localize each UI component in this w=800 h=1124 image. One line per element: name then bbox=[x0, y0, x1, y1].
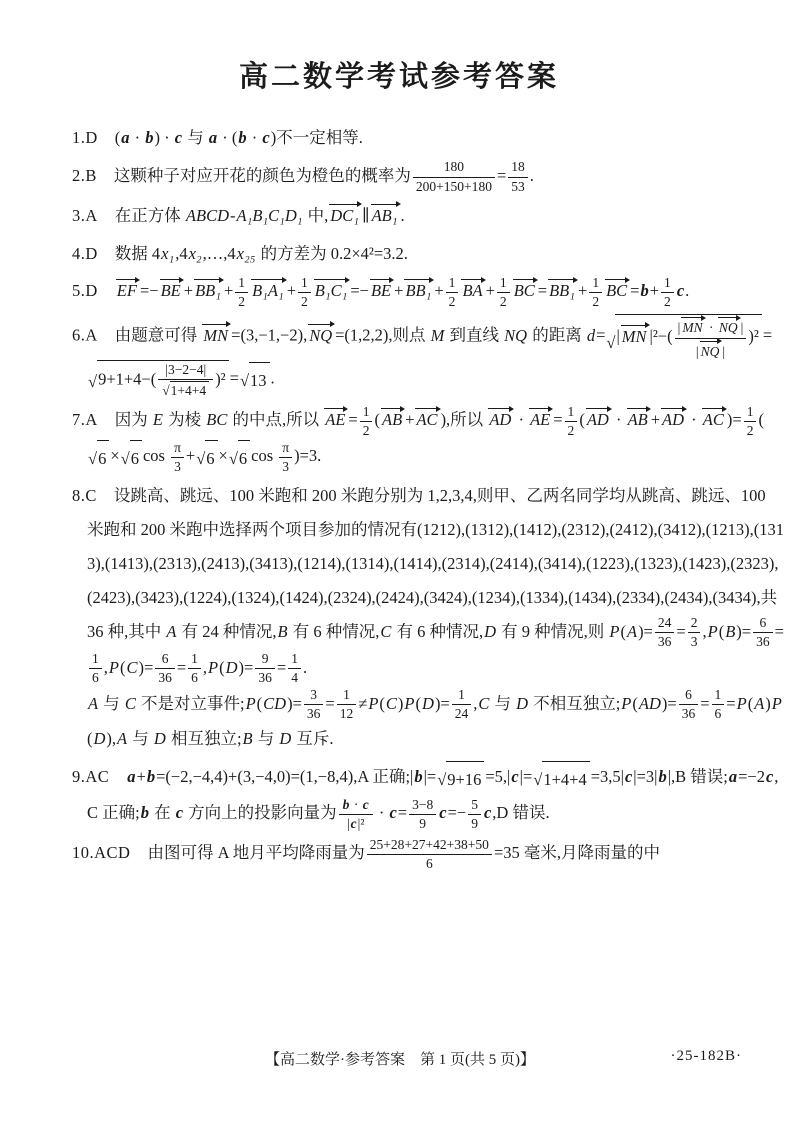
document-title: 高二数学考试参考答案 bbox=[72, 54, 726, 95]
item-first-paragraph: 2.B这颗种子对应开花的颜色为橙色的概率为180200+150+180=1853… bbox=[72, 159, 786, 195]
vector-with-arrow: BB₁ bbox=[547, 278, 578, 301]
math-variable: P bbox=[403, 694, 415, 713]
square-root: √9+16 bbox=[437, 761, 484, 797]
fraction-numerator: 1 bbox=[188, 651, 201, 669]
fraction-numerator: 1 bbox=[360, 404, 373, 422]
radicand: 6 bbox=[97, 440, 109, 476]
radical-sign-icon: √ bbox=[229, 442, 238, 476]
math-bold-vector: c bbox=[388, 803, 397, 822]
fraction-denominator: 2 bbox=[661, 293, 674, 310]
item-first-paragraph: 1.D(a · b) · c 与 a · (b · c)不一定相等. bbox=[72, 121, 786, 155]
fraction-numerator: b · c bbox=[339, 797, 373, 815]
radicand: 6 bbox=[130, 440, 142, 476]
fraction: 12 bbox=[744, 404, 757, 439]
radicand: 1+4+4 bbox=[542, 761, 589, 797]
math-bold-vector: b bbox=[639, 281, 649, 300]
math-variable: B bbox=[724, 622, 736, 641]
fraction: π3 bbox=[171, 440, 184, 475]
vector-with-arrow: NQ bbox=[699, 340, 723, 360]
math-bold-vector: c bbox=[438, 803, 447, 822]
vector-with-arrow: AB bbox=[626, 407, 651, 430]
math-bold-vector: c bbox=[362, 797, 370, 812]
fraction: 23 bbox=[688, 615, 701, 650]
fraction-denominator: √1+4+4 bbox=[158, 380, 213, 399]
math-variable: P bbox=[736, 694, 748, 713]
fraction-denominator: 2 bbox=[446, 293, 459, 310]
fraction-numerator: π bbox=[171, 440, 184, 458]
fraction: π3 bbox=[279, 440, 292, 475]
radical-sign-icon: √ bbox=[606, 326, 615, 360]
fraction-numerator: 1 bbox=[337, 687, 357, 705]
math-variable: A bbox=[87, 694, 99, 713]
fraction-numerator: 1 bbox=[712, 687, 725, 705]
item-first-paragraph: 9.ACa+b=(−2,−4,4)+(3,−4,0)=(1,−8,4),A 正确… bbox=[72, 760, 786, 832]
math-bold-vector: b bbox=[144, 128, 154, 147]
math-bold-vector: c bbox=[175, 803, 184, 822]
fraction: 180200+150+180 bbox=[413, 159, 495, 194]
item-first-paragraph: 10.ACD由图可得 A 地月平均降雨量为25+28+27+42+38+506=… bbox=[72, 836, 786, 872]
math-bold-vector: a bbox=[126, 767, 136, 786]
math-bold-vector: b bbox=[140, 803, 150, 822]
fraction-denominator: |NQ| bbox=[675, 339, 747, 360]
math-bold-vector: c bbox=[483, 803, 492, 822]
math-variable: P bbox=[108, 658, 120, 677]
math-variable: BC bbox=[205, 410, 228, 429]
math-variable: D bbox=[93, 729, 107, 748]
fraction-denominator: 3 bbox=[171, 458, 184, 475]
radicand: 6 bbox=[205, 440, 217, 476]
page-footer: 【高二数学·参考答案 第 1 页(共 5 页)】 ·25-182B· bbox=[0, 1048, 800, 1069]
radical-sign-icon: √ bbox=[437, 763, 446, 797]
item-first-paragraph: 3.A在正方体 ABCD-A₁B₁C₁D₁ 中,DC₁∥AB₁. bbox=[72, 199, 786, 233]
math-bold-vector: c bbox=[174, 128, 183, 147]
vector-with-arrow: B₁C₁ bbox=[313, 278, 351, 301]
fraction-numerator: 1 bbox=[744, 404, 757, 422]
math-variable: D bbox=[278, 729, 292, 748]
fraction: 12 bbox=[235, 275, 248, 310]
radicand: 9+16 bbox=[446, 761, 484, 797]
fraction: 636 bbox=[753, 615, 773, 650]
fraction-denominator: 2 bbox=[744, 422, 757, 439]
math-variable: A bbox=[753, 694, 765, 713]
fraction: 336 bbox=[304, 687, 324, 722]
fraction-denominator: 2 bbox=[589, 293, 602, 310]
fraction: 12 bbox=[661, 275, 674, 310]
vector-with-arrow: AE bbox=[528, 407, 553, 430]
fraction-numerator: 6 bbox=[753, 615, 773, 633]
fraction-denominator: 2 bbox=[235, 293, 248, 310]
square-root: √1+4+4 bbox=[162, 381, 209, 399]
item-number: 5.D bbox=[72, 281, 98, 300]
math-bold-vector: c bbox=[676, 281, 685, 300]
fraction-numerator: 2 bbox=[688, 615, 701, 633]
radicand: 13 bbox=[249, 362, 270, 398]
fraction: 2436 bbox=[655, 615, 675, 650]
math-variable: P bbox=[707, 622, 719, 641]
math-variable: P bbox=[207, 658, 219, 677]
answer-item: 7.A因为 E 为棱 BC 的中点,所以 AE=12(AB+AC),所以 AD … bbox=[72, 403, 786, 475]
math-bold-vector: c bbox=[261, 128, 270, 147]
item-paragraph: A 与 C 不是对立事件;P(CD)=336=112≠P(C)P(D)=124,… bbox=[72, 687, 786, 757]
fraction-denominator: 9 bbox=[468, 815, 481, 832]
math-variable: x₁ bbox=[160, 244, 175, 263]
fraction-numerator: 18 bbox=[508, 159, 528, 177]
answer-item: 5.DEF=−BE+BB₁+12B₁A₁+12B₁C₁=−BE+BB₁+12BA… bbox=[72, 274, 786, 310]
fraction-numerator: 1 bbox=[589, 275, 602, 293]
fraction-numerator: 180 bbox=[413, 159, 495, 177]
fraction-numerator: |MN · NQ| bbox=[675, 316, 747, 338]
fraction-denominator: 2 bbox=[360, 422, 373, 439]
vector-with-arrow: AC bbox=[414, 407, 440, 430]
fraction-numerator: 1 bbox=[446, 275, 459, 293]
fraction: 1853 bbox=[508, 159, 528, 194]
fraction: 12 bbox=[298, 275, 311, 310]
vector-with-arrow: EF bbox=[115, 278, 140, 301]
footer-page-label: 【高二数学·参考答案 第 1 页(共 5 页)】 bbox=[265, 1052, 535, 1068]
fraction-numerator: 5 bbox=[468, 797, 481, 815]
item-first-paragraph: 6.A由题意可得 MN=(3,−1,−2),NQ=(1,2,2),则点 M 到直… bbox=[72, 314, 786, 399]
fraction-numerator: 1 bbox=[565, 404, 578, 422]
fraction-denominator: 6 bbox=[712, 705, 725, 722]
math-variable: NQ bbox=[503, 326, 528, 345]
vector-with-arrow: BE bbox=[369, 278, 394, 301]
fraction-numerator: 1 bbox=[497, 275, 510, 293]
fraction-denominator: 6 bbox=[367, 855, 492, 872]
fraction-numerator: 6 bbox=[679, 687, 699, 705]
fraction-numerator: 1 bbox=[298, 275, 311, 293]
math-variable: A₁B₁C₁D₁ bbox=[236, 206, 304, 225]
vector-with-arrow: MN bbox=[680, 316, 705, 336]
fraction: |MN · NQ||NQ| bbox=[675, 316, 747, 359]
fraction-denominator: 2 bbox=[298, 293, 311, 310]
math-bold-vector: b bbox=[657, 767, 667, 786]
fraction-denominator: 12 bbox=[337, 705, 357, 722]
vector-with-arrow: AC bbox=[701, 407, 727, 430]
fraction: 59 bbox=[468, 797, 481, 832]
item-number: 2.B bbox=[72, 166, 97, 185]
vector-with-arrow: AD bbox=[487, 407, 514, 430]
vector-with-arrow: MN bbox=[201, 323, 231, 346]
answer-item: 6.A由题意可得 MN=(3,−1,−2),NQ=(1,2,2),则点 M 到直… bbox=[72, 314, 786, 399]
radical-sign-icon: √ bbox=[196, 442, 205, 476]
radical-sign-icon: √ bbox=[162, 383, 169, 399]
square-root: √13 bbox=[240, 362, 270, 398]
item-first-paragraph: 5.DEF=−BE+BB₁+12B₁A₁+12B₁C₁=−BE+BB₁+12BA… bbox=[72, 274, 786, 310]
vector-with-arrow: MN bbox=[620, 324, 650, 347]
math-variable: D bbox=[483, 622, 497, 641]
fraction: b · c|c|² bbox=[339, 797, 373, 832]
vector-with-arrow: DC₁ bbox=[328, 203, 362, 226]
answer-item: 1.D(a · b) · c 与 a · (b · c)不一定相等. bbox=[72, 121, 786, 155]
math-bold-vector: c bbox=[624, 767, 633, 786]
fraction: 12 bbox=[360, 404, 373, 439]
math-bold-vector: c bbox=[350, 816, 358, 831]
vector-with-arrow: AB₁ bbox=[370, 203, 401, 226]
fraction-denominator: 36 bbox=[155, 669, 175, 686]
square-root: √6 bbox=[88, 440, 109, 476]
radical-sign-icon: √ bbox=[88, 365, 97, 399]
vector-with-arrow: NQ bbox=[307, 323, 335, 346]
radical-sign-icon: √ bbox=[240, 364, 249, 398]
answer-item: 10.ACD由图可得 A 地月平均降雨量为25+28+27+42+38+506=… bbox=[72, 836, 786, 872]
fraction-numerator: 25+28+27+42+38+50 bbox=[367, 837, 492, 855]
math-variable: C bbox=[124, 694, 137, 713]
fraction: 14 bbox=[288, 651, 301, 686]
fraction: 936 bbox=[255, 651, 275, 686]
math-variable: C bbox=[477, 694, 490, 713]
item-number: 1.D bbox=[72, 128, 98, 147]
math-bold-vector: b bbox=[237, 128, 247, 147]
fraction: |3−2−4|√1+4+4 bbox=[158, 362, 213, 399]
radical-sign-icon: √ bbox=[88, 442, 97, 476]
square-root: √6 bbox=[121, 440, 142, 476]
fraction-denominator: 9 bbox=[409, 815, 436, 832]
math-variable: P bbox=[245, 694, 257, 713]
fraction-denominator: 24 bbox=[452, 705, 472, 722]
fraction-numerator: 3 bbox=[304, 687, 324, 705]
fraction-denominator: 6 bbox=[89, 669, 102, 686]
fraction-denominator: 53 bbox=[508, 178, 528, 195]
fraction-denominator: 2 bbox=[565, 422, 578, 439]
vector-with-arrow: AB bbox=[380, 407, 405, 430]
math-variable: E bbox=[152, 410, 164, 429]
fraction-denominator: 4 bbox=[288, 669, 301, 686]
math-bold-vector: c bbox=[510, 767, 519, 786]
answer-item: 3.A在正方体 ABCD-A₁B₁C₁D₁ 中,DC₁∥AB₁. bbox=[72, 199, 786, 233]
vector-with-arrow: BC bbox=[604, 278, 630, 301]
math-variable: D bbox=[153, 729, 167, 748]
vector-with-arrow: BB₁ bbox=[403, 278, 434, 301]
radical-sign-icon: √ bbox=[533, 763, 542, 797]
radical-sign-icon: √ bbox=[121, 442, 130, 476]
fraction-denominator: 3 bbox=[688, 633, 701, 650]
fraction-numerator: 3−8 bbox=[409, 797, 436, 815]
math-variable: C bbox=[385, 694, 398, 713]
math-bold-vector: b bbox=[146, 767, 156, 786]
fraction: 636 bbox=[679, 687, 699, 722]
fraction-denominator: 2 bbox=[497, 293, 510, 310]
vector-with-arrow: B₁A₁ bbox=[250, 278, 287, 301]
fraction-numerator: |3−2−4| bbox=[158, 362, 213, 380]
fraction-denominator: 36 bbox=[304, 705, 324, 722]
fraction-denominator: |c|² bbox=[339, 815, 373, 832]
math-variable: A bbox=[116, 729, 128, 748]
math-variable: C bbox=[125, 658, 138, 677]
vector-with-arrow: AD bbox=[660, 407, 687, 430]
fraction: 12 bbox=[589, 275, 602, 310]
vector-with-arrow: AD bbox=[585, 407, 612, 430]
math-bold-vector: b bbox=[413, 767, 423, 786]
fraction-numerator: 1 bbox=[288, 651, 301, 669]
item-number: 4.D bbox=[72, 244, 98, 263]
square-root: √|MN|²−(|MN · NQ||NQ|)² bbox=[606, 314, 761, 359]
math-variable: D bbox=[515, 694, 529, 713]
radicand: 6 bbox=[238, 440, 250, 476]
answer-item: 9.ACa+b=(−2,−4,4)+(3,−4,0)=(1,−8,4),A 正确… bbox=[72, 760, 786, 832]
fraction: 16 bbox=[89, 651, 102, 686]
vector-with-arrow: NQ bbox=[717, 316, 741, 336]
fraction-numerator: 1 bbox=[235, 275, 248, 293]
fraction: 124 bbox=[452, 687, 472, 722]
square-root: √6 bbox=[229, 440, 250, 476]
vector-with-arrow: AE bbox=[323, 407, 348, 430]
math-variable: P bbox=[367, 694, 379, 713]
math-variable: C bbox=[379, 622, 392, 641]
answer-item: 8.C设跳高、跳远、100 米跑和 200 米跑分别为 1,2,3,4,则甲、乙… bbox=[72, 479, 786, 756]
fraction: 16 bbox=[712, 687, 725, 722]
fraction-numerator: 24 bbox=[655, 615, 675, 633]
math-variable: P bbox=[608, 622, 620, 641]
fraction: 25+28+27+42+38+506 bbox=[367, 837, 492, 872]
math-bold-vector: b bbox=[342, 797, 351, 812]
math-variable: A bbox=[626, 622, 638, 641]
math-variable: M bbox=[430, 326, 446, 345]
fraction-denominator: 200+150+180 bbox=[413, 178, 495, 195]
fraction-denominator: 36 bbox=[255, 669, 275, 686]
answer-list: 1.D(a · b) · c 与 a · (b · c)不一定相等.2.B这颗种… bbox=[72, 121, 786, 872]
item-number: 9.AC bbox=[72, 767, 109, 786]
fraction-denominator: 6 bbox=[188, 669, 201, 686]
math-variable: B bbox=[276, 622, 288, 641]
vector-with-arrow: BE bbox=[159, 278, 184, 301]
math-variable: x₂ bbox=[188, 244, 203, 263]
answer-item: 2.B这颗种子对应开花的颜色为橙色的概率为180200+150+180=1853… bbox=[72, 159, 786, 195]
fraction-numerator: π bbox=[279, 440, 292, 458]
item-number: 10.ACD bbox=[72, 843, 130, 862]
item-first-paragraph: 8.C设跳高、跳远、100 米跑和 200 米跑分别为 1,2,3,4,则甲、乙… bbox=[72, 479, 786, 686]
math-variable: x₂₅ bbox=[236, 244, 257, 263]
fraction-denominator: 3 bbox=[279, 458, 292, 475]
math-variable: ABCD bbox=[185, 206, 230, 225]
item-number: 3.A bbox=[72, 206, 98, 225]
item-number: 8.C bbox=[72, 486, 97, 505]
math-bold-vector: a bbox=[120, 128, 130, 147]
fraction-numerator: 9 bbox=[255, 651, 275, 669]
vector-with-arrow: BA bbox=[460, 278, 485, 301]
vector-with-arrow: BB₁ bbox=[193, 278, 224, 301]
fraction-numerator: 6 bbox=[155, 651, 175, 669]
fraction-numerator: 1 bbox=[661, 275, 674, 293]
math-bold-vector: a bbox=[208, 128, 218, 147]
math-variable: B bbox=[242, 729, 254, 748]
item-number: 7.A bbox=[72, 410, 98, 429]
radicand: 1+4+4 bbox=[170, 381, 210, 399]
fraction: 3−89 bbox=[409, 797, 436, 832]
square-root: √9+1+4−(|3−2−4|√1+4+4)² bbox=[88, 360, 229, 399]
item-first-paragraph: 4.D数据 4x₁,4x₂,…,4x₂₅ 的方差为 0.2×4²=3.2. bbox=[72, 237, 786, 271]
page: 高二数学考试参考答案 1.D(a · b) · c 与 a · (b · c)不… bbox=[0, 0, 800, 1124]
math-variable: d bbox=[586, 326, 596, 345]
math-variable: D bbox=[421, 694, 435, 713]
fraction-denominator: 36 bbox=[679, 705, 699, 722]
math-variable: CD bbox=[262, 694, 287, 713]
math-variable: P bbox=[620, 694, 632, 713]
fraction-numerator: 1 bbox=[89, 651, 102, 669]
fraction: 112 bbox=[337, 687, 357, 722]
fraction-denominator: 36 bbox=[655, 633, 675, 650]
item-first-paragraph: 7.A因为 E 为棱 BC 的中点,所以 AE=12(AB+AC),所以 AD … bbox=[72, 403, 786, 475]
fraction: 16 bbox=[188, 651, 201, 686]
square-root: √1+4+4 bbox=[533, 761, 589, 797]
vector-with-arrow: BC bbox=[512, 278, 538, 301]
fraction: 636 bbox=[155, 651, 175, 686]
fraction-numerator: 1 bbox=[452, 687, 472, 705]
answer-item: 4.D数据 4x₁,4x₂,…,4x₂₅ 的方差为 0.2×4²=3.2. bbox=[72, 237, 786, 271]
radicand: 9+1+4−(|3−2−4|√1+4+4)² bbox=[97, 360, 229, 399]
fraction: 12 bbox=[497, 275, 510, 310]
math-bold-vector: a bbox=[728, 767, 738, 786]
math-variable: P bbox=[771, 694, 783, 713]
radicand: |MN|²−(|MN · NQ||NQ|)² bbox=[615, 314, 761, 359]
footer-paper-code: ·25-182B· bbox=[671, 1048, 743, 1065]
math-variable: AD bbox=[638, 694, 662, 713]
fraction-denominator: 36 bbox=[753, 633, 773, 650]
fraction: 12 bbox=[565, 404, 578, 439]
square-root: √6 bbox=[196, 440, 217, 476]
math-variable: D bbox=[225, 658, 239, 677]
fraction: 12 bbox=[446, 275, 459, 310]
item-number: 6.A bbox=[72, 326, 98, 345]
math-bold-vector: c bbox=[765, 767, 774, 786]
math-variable: A bbox=[165, 622, 177, 641]
